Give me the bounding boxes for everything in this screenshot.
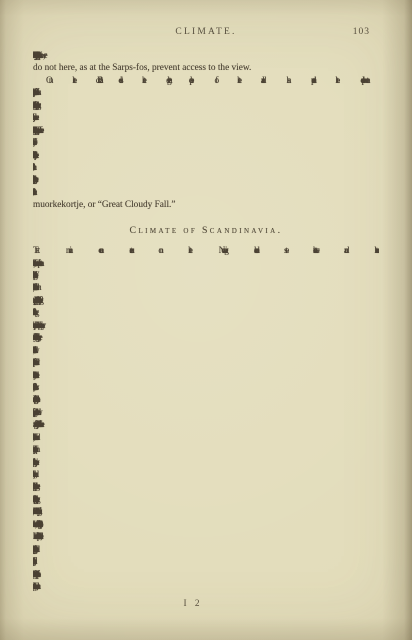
text-line: daily sustenance, their very lives, so t… xyxy=(33,332,379,344)
text-line: the great lakes, the boundless heaths, t… xyxy=(33,581,379,593)
text-line: winter night follows night in perpetual … xyxy=(33,457,379,469)
text-line: hand, the dying day melts in the new daw… xyxy=(33,469,379,481)
text-line: difference of climate! On one side ice a… xyxy=(33,382,379,394)
text-line: higher up a lake, separated from another… xyxy=(33,174,379,186)
text-line: by engineers at 225,000 horse-power, is … xyxy=(33,50,379,62)
text-line: the southern lands shrouded in the great… xyxy=(33,544,379,556)
text-line: often throwing up drift-wood and seeds f… xyxy=(33,270,379,282)
paragraph-lead-rest: main ocean current on the Norwegian seab… xyxy=(66,246,374,256)
text-line: dividing into two branches, descends thr… xyxy=(33,125,379,137)
text-line: instead of reflecting a white light, are… xyxy=(33,556,379,568)
text-line: fogs and rain. The great western island … xyxy=(33,394,379,406)
text-line: carefully preserve as amulets. So well k… xyxy=(33,282,379,294)
text-line: heavens. As he stands bathed in sunshine… xyxy=(33,531,379,543)
text-line: and cherry trees, gardens in which the v… xyxy=(33,419,379,431)
page-title: CLIMATE. xyxy=(33,27,379,37)
paragraph-1: by engineers at 225,000 horse-power, is … xyxy=(33,50,379,75)
page-number: 103 xyxy=(353,27,370,37)
text-line: at Berlevaag; that is, at the easternmos… xyxy=(33,307,379,319)
text-line: peninsula covered with tall forests, orc… xyxy=(33,407,379,419)
paragraph-3: The main ocean current on the Norwegian … xyxy=(33,245,379,593)
text-line: cates with the Frozen Ocean. But under t… xyxy=(33,370,379,382)
text-line: forms with Greenland the marine portal t… xyxy=(33,357,379,369)
text-line: course is little more than a series of l… xyxy=(33,112,379,124)
text-line: Skellefteå and the Luleå. At the Njommel… xyxy=(33,150,379,162)
text-line: very imposing character. Thus the majest… xyxy=(33,100,379,112)
book-page: CLIMATE. 103 by engineers at 225,000 hor… xyxy=(0,0,412,640)
text-line: square miles, is already comprised withi… xyxy=(33,444,379,456)
text-line: of such stupendous falls as on the west … xyxy=(33,87,379,99)
text-line: grazing the horizon, and again climbing … xyxy=(33,494,379,506)
footer-signature: I 2 xyxy=(20,598,366,610)
text-line: a clear fall of over 266 feet in height,… xyxy=(33,162,379,174)
text-line: which the purple of the setting sun is b… xyxy=(33,569,379,581)
text-line: do not here, as at the Sarps-fos, preven… xyxy=(33,62,379,74)
text-line: On the Baltic side the gentle slope of t… xyxy=(33,75,379,87)
text-line: muorkekortje, or “Great Cloudy Fall.” xyxy=(33,199,379,211)
text-line: the Avasaxa, overlooking the Torneå vall… xyxy=(33,506,379,518)
body-text: by engineers at 225,000 horse-power, is … xyxy=(33,50,379,611)
text-line: warm water gives to Norway its climate, … xyxy=(33,320,379,332)
text-line: the amazing spectacle presented at the s… xyxy=(33,481,379,493)
paragraph-lead-word: The xyxy=(33,246,36,256)
text-line: be seen, between June 16th and 30th, des… xyxy=(33,519,379,531)
text-line: cataract 140 feet high. To this lake the… xyxy=(33,187,379,199)
section-heading: Climate of Scandinavia. xyxy=(33,225,379,237)
text-line: fiords would be blocked with ice and uni… xyxy=(33,345,379,357)
text-line: a richly manured soil. Yet a portion of … xyxy=(33,432,379,444)
text-line: The main ocean current on the Norwegian … xyxy=(33,245,379,257)
text-line: when anything falls overboard the sailor… xyxy=(33,295,379,307)
text-line: east. The warm waters from the tropics s… xyxy=(33,258,379,270)
running-header: CLIMATE. 103 xyxy=(33,27,379,40)
paragraph-2: On the Baltic side the gentle slope of t… xyxy=(33,75,379,212)
text-line: of 50 feet just before reaching the sea.… xyxy=(33,137,379,149)
